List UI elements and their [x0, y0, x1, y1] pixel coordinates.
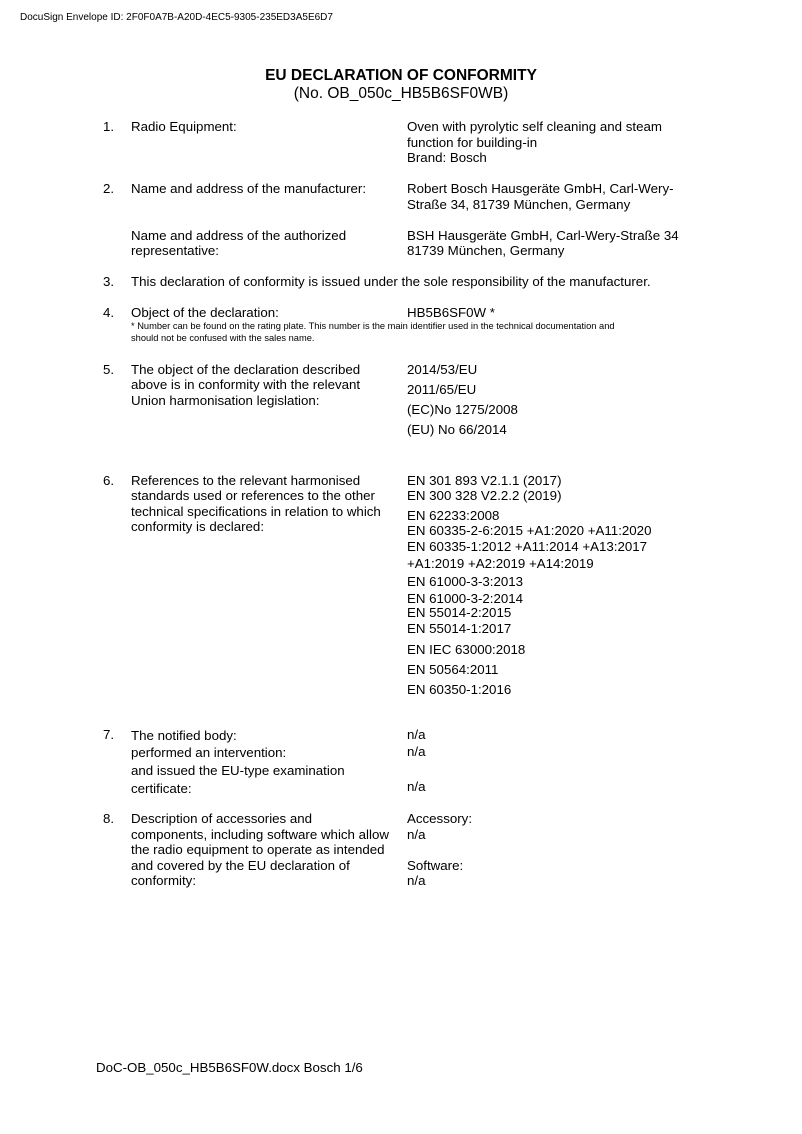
software-value: n/a: [407, 873, 426, 889]
section-number: 2.: [103, 181, 114, 197]
section-label: the radio equipment to operate as intend…: [131, 842, 385, 858]
section-label: Description of accessories and: [131, 811, 312, 827]
section-label: The notified body:: [131, 728, 237, 744]
section-value-line: Robert Bosch Hausgeräte GmbH, Carl-Wery-: [407, 181, 674, 197]
accessory-label: Accessory:: [407, 811, 472, 827]
model-number: HB5B6SF0W *: [407, 305, 495, 321]
section-label: components, including software which all…: [131, 827, 389, 843]
section-value-line: Brand: Bosch: [407, 150, 487, 166]
representative-label: Name and address of the authorized: [131, 228, 346, 244]
legislation-item: 2011/65/EU: [407, 382, 476, 398]
section-label: and covered by the EU declaration of: [131, 858, 350, 874]
standard-item: EN 301 893 V2.1.1 (2017): [407, 473, 562, 489]
section-label: References to the relevant harmonised: [131, 473, 360, 489]
standard-item: EN 55014-1:2017: [407, 621, 511, 637]
standard-item: EN 62233:2008: [407, 508, 499, 524]
section-label: Radio Equipment:: [131, 119, 237, 135]
section-label: Union harmonisation legislation:: [131, 393, 319, 409]
page-footer: DoC-OB_050c_HB5B6SF0W.docx Bosch 1/6: [96, 1060, 363, 1075]
section-value-line: function for building-in: [407, 135, 537, 151]
standard-item: EN 50564:2011: [407, 662, 498, 678]
section-label: performed an intervention:: [131, 745, 286, 761]
section-text: This declaration of conformity is issued…: [131, 274, 651, 290]
section-value-line: Oven with pyrolytic self cleaning and st…: [407, 119, 662, 135]
standard-item: +A1:2019 +A2:2019 +A14:2019: [407, 556, 594, 572]
standard-item: EN 300 328 V2.2.2 (2019): [407, 488, 562, 504]
section-label: above is in conformity with the relevant: [131, 377, 360, 393]
accessory-value: n/a: [407, 827, 426, 843]
section-number: 4.: [103, 305, 114, 321]
section-label: conformity:: [131, 873, 196, 889]
standard-item: EN 61000-3-3:2013: [407, 574, 523, 590]
envelope-id: DocuSign Envelope ID: 2F0F0A7B-A20D-4EC5…: [20, 12, 333, 23]
section-number: 5.: [103, 362, 114, 378]
section-label: and issued the EU-type examination: [131, 763, 345, 779]
section-number: 8.: [103, 811, 114, 827]
section-number: 6.: [103, 473, 114, 489]
section-label: Name and address of the manufacturer:: [131, 181, 366, 197]
section-label: certificate:: [131, 781, 192, 797]
section-label: standards used or references to the othe…: [131, 488, 375, 504]
standard-item: EN IEC 63000:2018: [407, 642, 525, 658]
software-label: Software:: [407, 858, 463, 874]
legislation-item: (EC)No 1275/2008: [407, 402, 518, 418]
section-value-line: Straße 34, 81739 München, Germany: [407, 197, 630, 213]
section-label: conformity is declared:: [131, 519, 264, 535]
section-number: 1.: [103, 119, 114, 135]
section-label: The object of the declaration described: [131, 362, 360, 378]
certificate-value: n/a: [407, 779, 426, 795]
section-label: technical specifications in relation to …: [131, 504, 381, 520]
section-number: 7.: [103, 727, 114, 743]
representative-value: BSH Hausgeräte GmbH, Carl-Wery-Straße 34: [407, 228, 679, 244]
standard-item: EN 60335-2-6:2015 +A1:2020 +A11:2020: [407, 523, 651, 539]
standard-item: EN 60350-1:2016: [407, 682, 511, 698]
notified-body-value: n/a: [407, 727, 426, 743]
footnote: should not be confused with the sales na…: [131, 333, 314, 344]
section-label: Object of the declaration:: [131, 305, 279, 321]
legislation-item: (EU) No 66/2014: [407, 422, 507, 438]
legislation-item: 2014/53/EU: [407, 362, 477, 378]
page-subtitle: (No. OB_050c_HB5B6SF0WB): [0, 85, 802, 103]
standard-item: EN 55014-2:2015: [407, 605, 511, 621]
representative-value: 81739 München, Germany: [407, 243, 564, 259]
intervention-value: n/a: [407, 744, 426, 760]
footnote: * Number can be found on the rating plat…: [131, 321, 615, 332]
section-number: 3.: [103, 274, 114, 290]
representative-label: representative:: [131, 243, 219, 259]
standard-item: EN 60335-1:2012 +A11:2014 +A13:2017: [407, 539, 647, 555]
page-title: EU DECLARATION OF CONFORMITY: [0, 67, 802, 85]
